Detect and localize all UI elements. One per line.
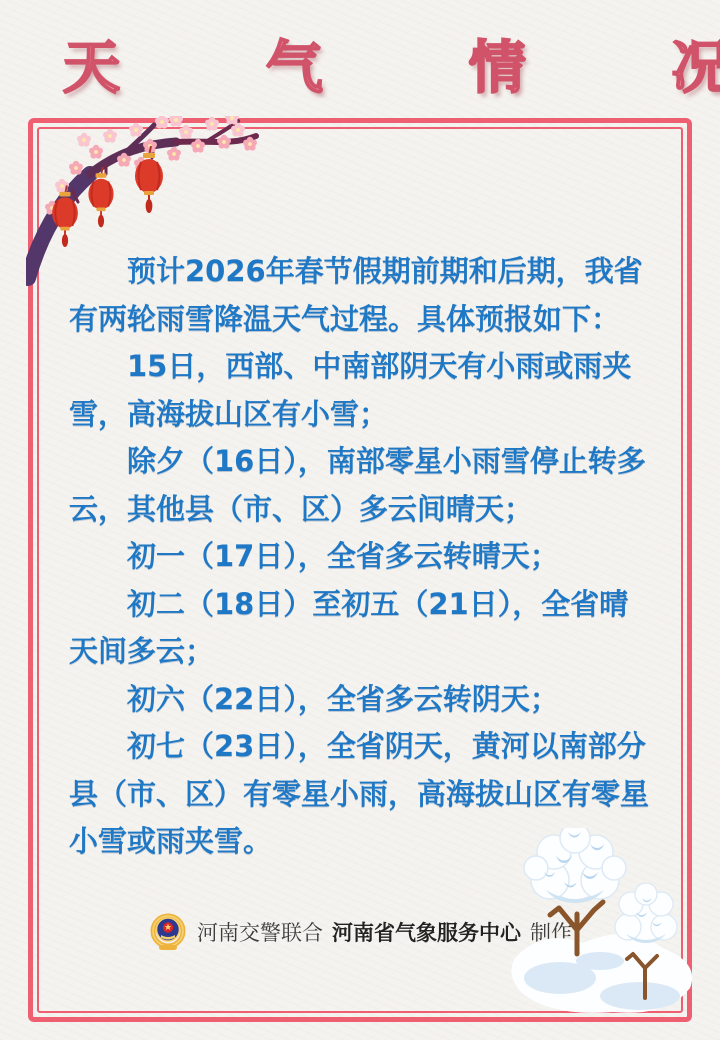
forecast-text-block: 预计2026年春节假期前期和后期，我省有两轮雨雪降温天气过程。具体预报如下： 1… (69, 248, 653, 866)
police-badge-icon (148, 911, 188, 953)
forecast-paragraph: 初二（18日）至初五（21日），全省晴天间多云； (69, 581, 653, 676)
credit-prefix: 河南交警联合 (197, 917, 323, 947)
snow-trees-icon (498, 828, 702, 1024)
forecast-paragraph: 除夕（16日），南部零星小雨雪停止转多云，其他县（市、区）多云间晴天； (69, 438, 653, 533)
page-title: 天 气 情 况 (0, 22, 720, 104)
forecast-paragraph: 初一（17日），全省多云转晴天； (69, 533, 653, 581)
forecast-paragraph: 15日，西部、中南部阴天有小雨或雨夹雪，高海拔山区有小雪； (69, 343, 653, 438)
plum-blossom-branch-icon (26, 116, 261, 291)
lantern-icon (135, 146, 163, 213)
credit-org: 河南省气象服务中心 (332, 917, 521, 947)
forecast-paragraph: 初六（22日），全省多云转阴天； (69, 676, 653, 724)
